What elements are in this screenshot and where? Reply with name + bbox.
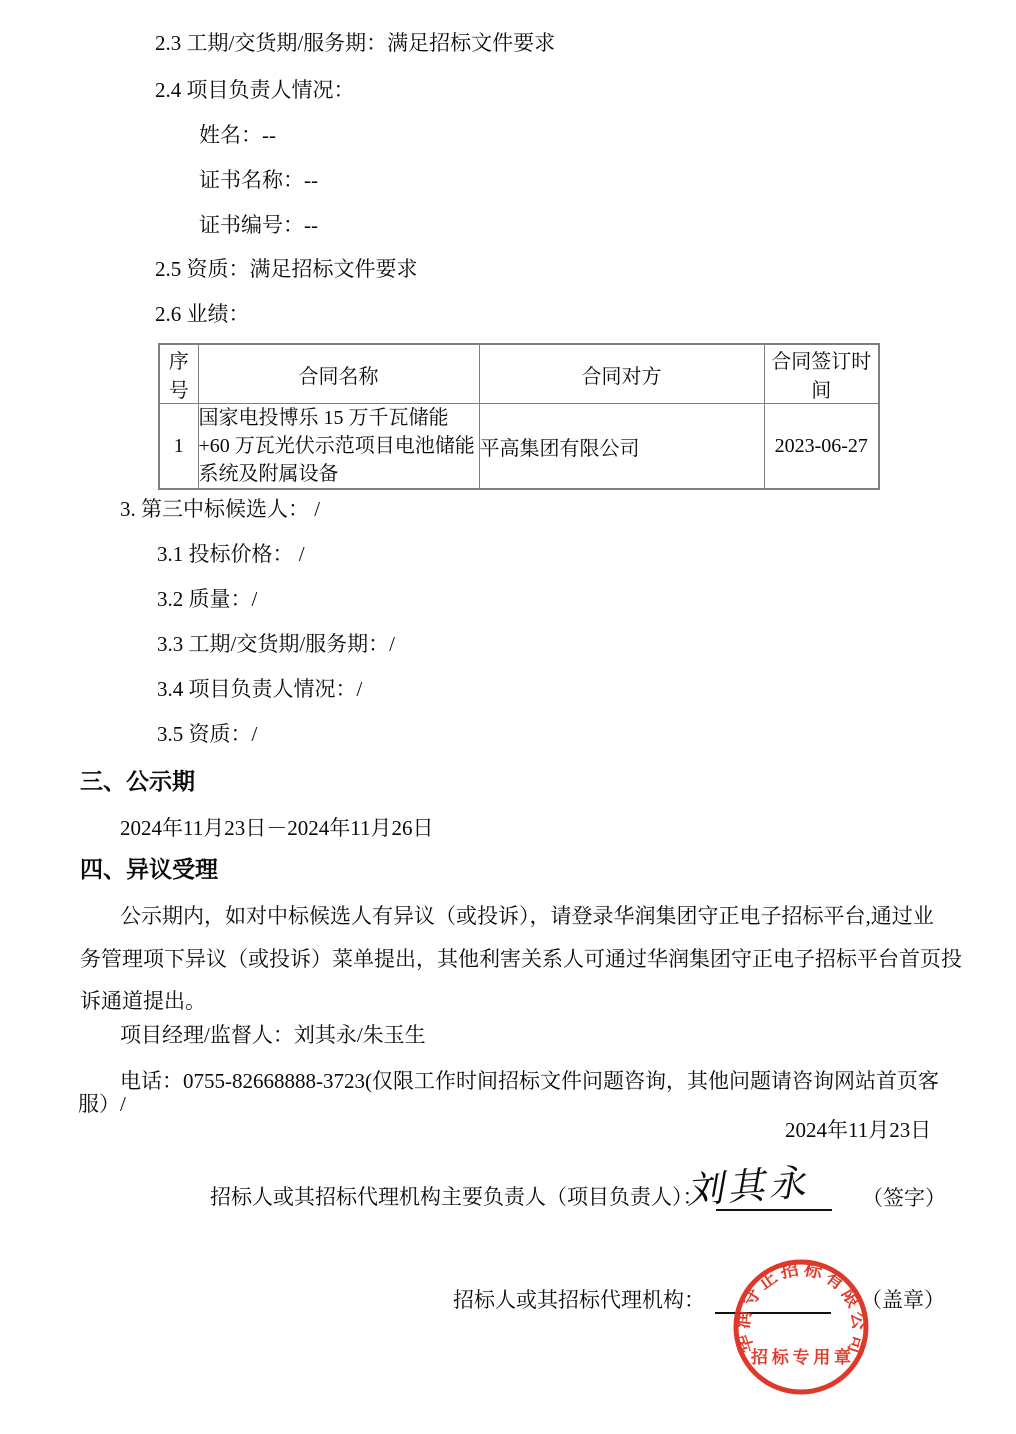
item-manager-name: 姓名：-- <box>199 123 276 148</box>
item-3-2-quality: 3.2 质量：/ <box>157 587 257 612</box>
phone-line-2: 服）/ <box>78 1092 126 1117</box>
objection-paragraph-line-3: 诉通道提出。 <box>80 989 206 1014</box>
cell-serial-no: 1 <box>159 404 198 490</box>
item-cert-name: 证书名称：-- <box>199 168 318 193</box>
item-2-4-manager-header: 2.4 项目负责人情况： <box>155 78 355 103</box>
stamp-ring <box>736 1262 866 1392</box>
item-2-3-delivery-period: 2.3 工期/交货期/服务期：满足招标文件要求 <box>155 31 555 56</box>
announce-date: 2024年11月23日 <box>785 1118 931 1143</box>
cell-sign-date: 2023-06-27 <box>764 404 879 490</box>
item-3-title: 3. 第三中标候选人： / <box>120 497 320 522</box>
item-2-6-performance: 2.6 业绩： <box>155 302 250 327</box>
performance-table: 序号 合同名称 合同对方 合同签订时间 1 国家电投博乐 15 万千瓦储能+60… <box>158 343 880 490</box>
item-2-5-qualification: 2.5 资质：满足招标文件要求 <box>155 257 418 282</box>
stamp-company-arc-text: 华润守正招标有限公司 <box>732 1258 869 1357</box>
company-stamp: 华润守正招标有限公司 招标专用章 <box>731 1257 871 1397</box>
item-cert-no: 证书编号：-- <box>199 213 318 238</box>
table-row: 1 国家电投博乐 15 万千瓦储能+60 万瓦光伏示范项目电池储能系统及附属设备… <box>159 404 879 490</box>
objection-heading: 四、异议受理 <box>80 857 218 882</box>
objection-paragraph-line-2: 务管理项下异议（或投诉）菜单提出，其他利害关系人可通过华润集团守正电子招标平台首… <box>80 947 962 972</box>
phone-line-1: 电话：0755-82668888-3723(仅限工作时间招标文件问题咨询，其他问… <box>120 1069 939 1094</box>
publicity-heading: 三、公示期 <box>80 769 195 794</box>
table-header-row: 序号 合同名称 合同对方 合同签订时间 <box>159 344 879 404</box>
cell-contract-name: 国家电投博乐 15 万千瓦储能+60 万瓦光伏示范项目电池储能系统及附属设备 <box>198 404 479 490</box>
notice-page: 2.3 工期/交货期/服务期：满足招标文件要求 2.4 项目负责人情况： 姓名：… <box>0 0 1016 1434</box>
header-serial-no: 序号 <box>159 344 198 404</box>
item-3-5-qualification: 3.5 资质：/ <box>157 722 257 747</box>
item-3-3-delivery: 3.3 工期/交货期/服务期：/ <box>157 632 395 657</box>
header-contract-name: 合同名称 <box>198 344 479 404</box>
cell-contract-party: 平高集团有限公司 <box>479 404 764 490</box>
signature-handwriting: 刘其永 <box>684 1152 810 1214</box>
header-contract-party: 合同对方 <box>479 344 764 404</box>
stamp-seal-type-text: 招标专用章 <box>750 1347 851 1367</box>
seal-suffix: （盖章） <box>861 1288 945 1313</box>
item-3-4-manager: 3.4 项目负责人情况：/ <box>157 677 362 702</box>
objection-paragraph-line-1: 公示期内，如对中标候选人有异议（或投诉），请登录华润集团守正电子招标平台,通过业 <box>120 904 934 929</box>
publicity-period: 2024年11月23日－2024年11月26日 <box>120 816 433 841</box>
sign-suffix: （签字） <box>862 1186 946 1211</box>
item-3-1-bid-price: 3.1 投标价格： / <box>157 542 305 567</box>
principal-signature-label: 招标人或其招标代理机构主要负责人（项目负责人）： <box>210 1185 704 1210</box>
agency-label: 招标人或其招标代理机构： <box>453 1288 705 1313</box>
header-sign-date: 合同签订时间 <box>764 344 879 404</box>
signature-underline <box>716 1209 832 1211</box>
project-manager-line: 项目经理/监督人：刘其永/朱玉生 <box>120 1023 426 1048</box>
